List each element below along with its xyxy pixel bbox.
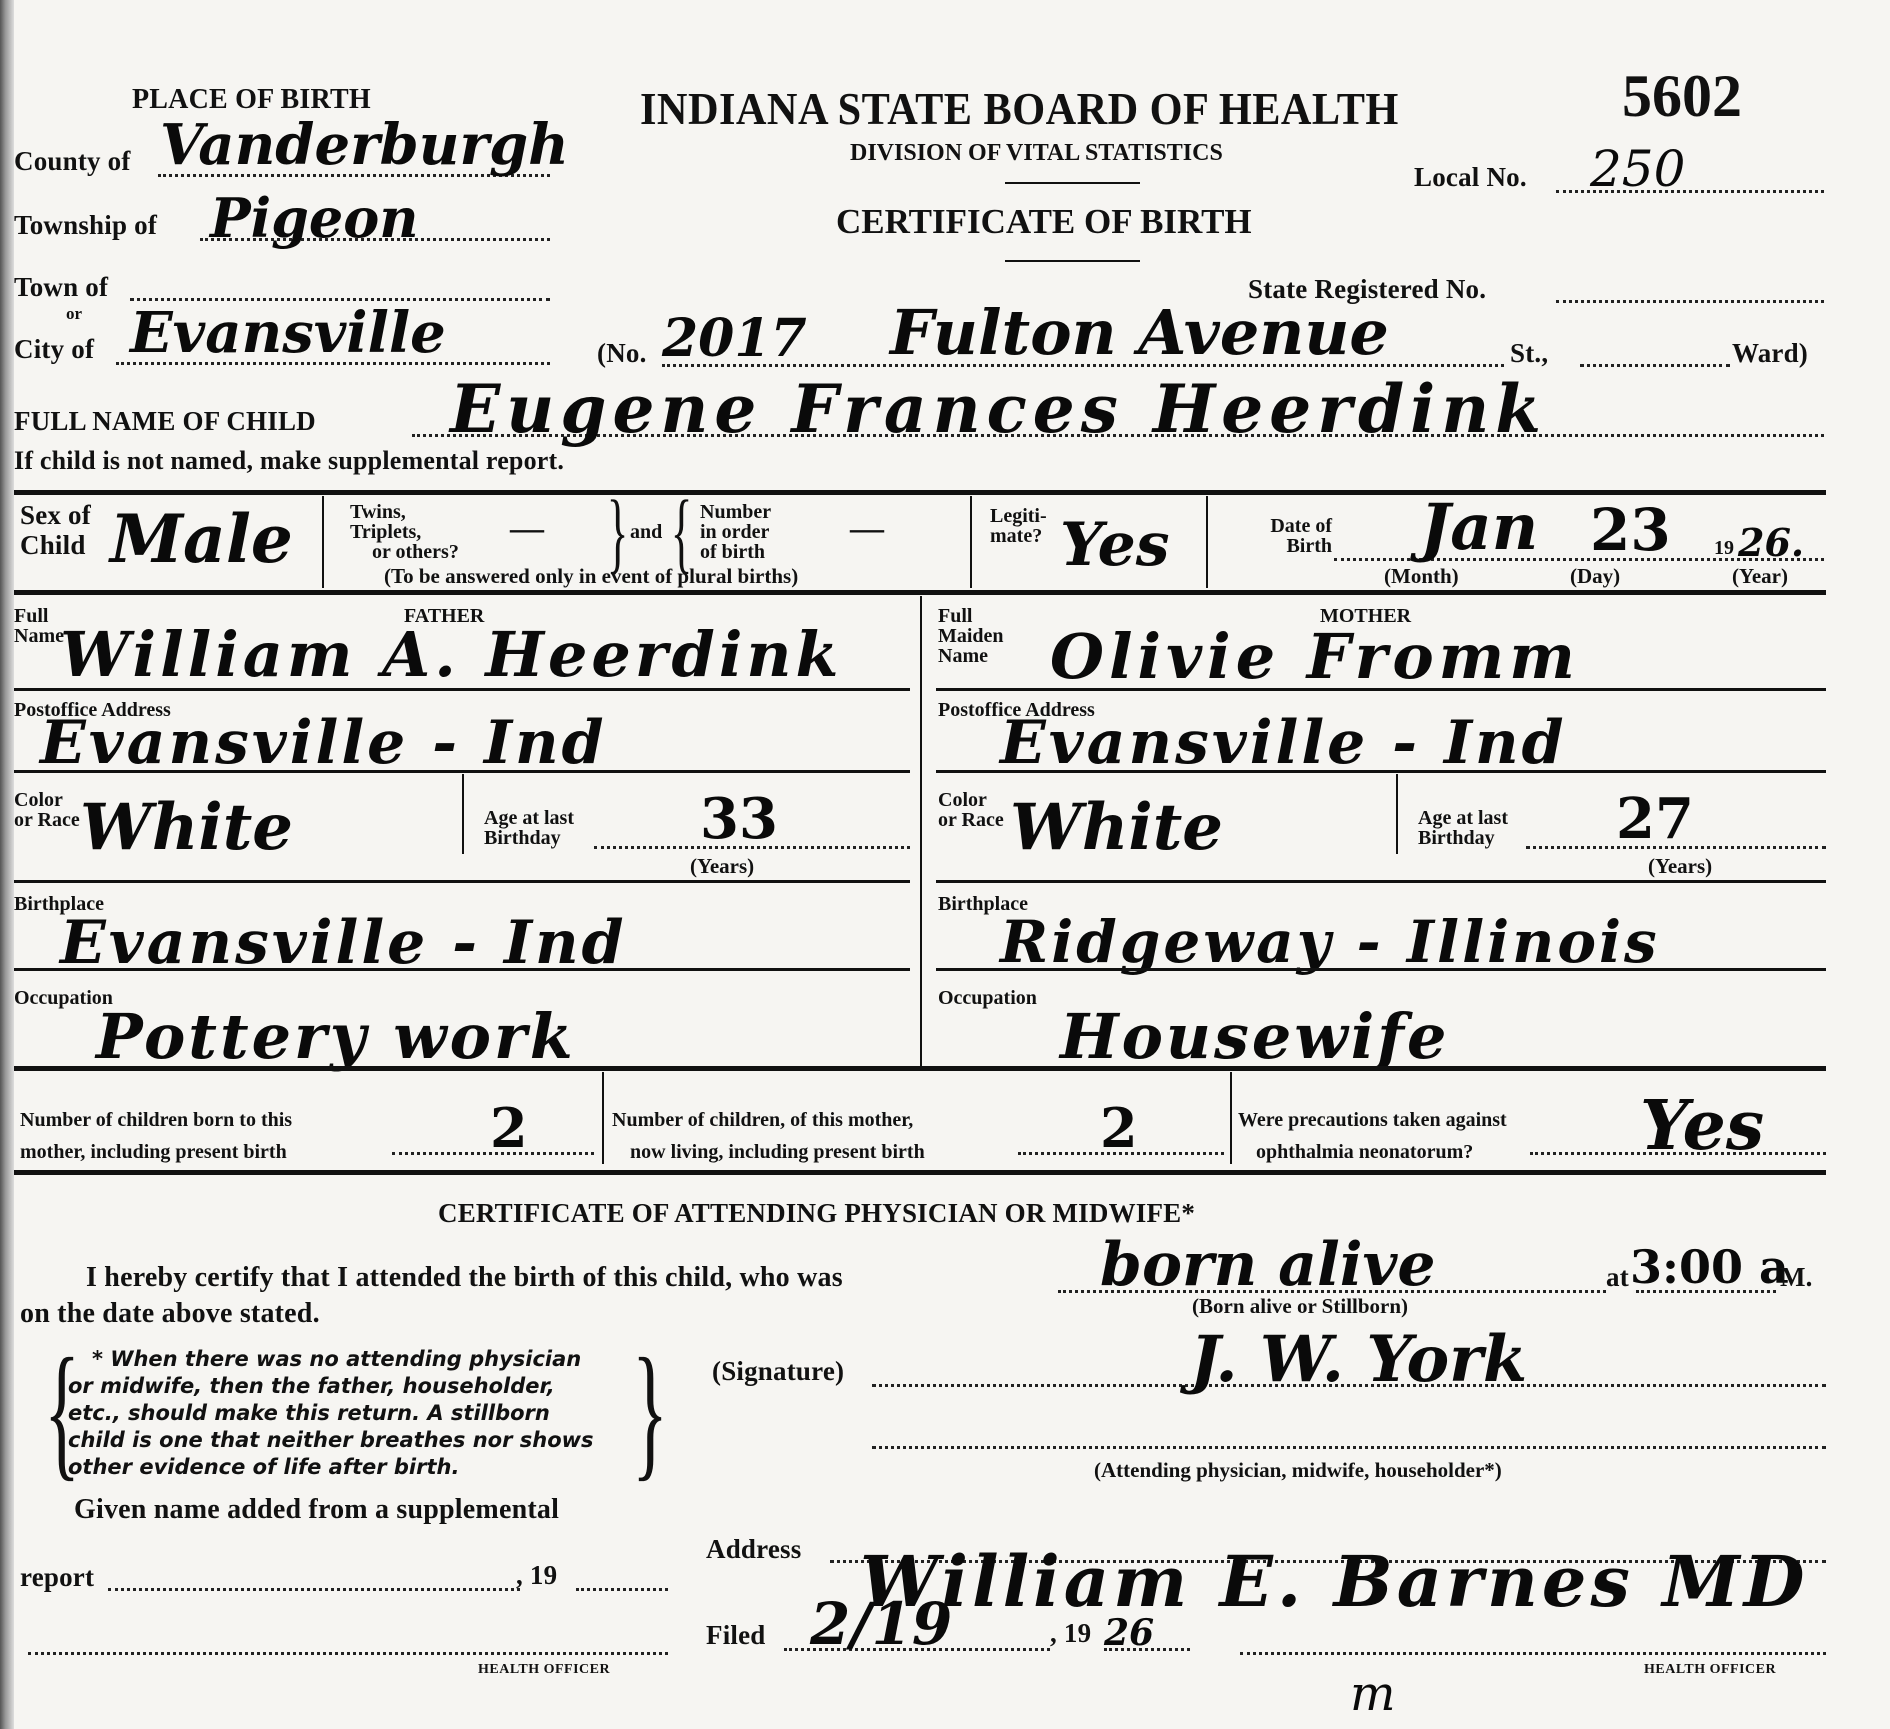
header-divider <box>1005 182 1140 184</box>
attending-caption: (Attending physician, midwife, household… <box>1094 1460 1502 1480</box>
agency-title: INDIANA STATE BOARD OF HEALTH <box>640 82 1399 135</box>
twins-label-line: Twins, <box>350 502 459 522</box>
precautions-value: Yes <box>1640 1086 1764 1166</box>
ward-field[interactable] <box>1580 364 1730 367</box>
mother-name-label-line: Maiden <box>938 626 1004 646</box>
column-divider <box>970 496 972 588</box>
row-rule <box>14 880 910 883</box>
month-caption: (Month) <box>1384 566 1459 586</box>
health-officer-left-label: HEALTH OFFICER <box>478 1660 610 1680</box>
precautions-label: Were precautions taken against ophthalmi… <box>1238 1104 1507 1168</box>
township-label: Township of <box>14 210 157 241</box>
given-name-text: Given name added from a supplemental <box>74 1494 559 1526</box>
father-race-label: Color or Race <box>14 790 80 830</box>
or-label: or <box>66 304 82 324</box>
and-label: and <box>630 522 662 542</box>
street-suffix-label: St., <box>1510 338 1548 369</box>
section-rule <box>14 1170 1826 1175</box>
city-value: Evansville <box>130 300 446 366</box>
health-officer-left-field[interactable] <box>28 1652 668 1655</box>
father-age-label: Age at last Birthday <box>484 808 574 848</box>
footnote-line: etc., should make this return. A stillbo… <box>68 1400 594 1427</box>
certificate-title: CERTIFICATE OF BIRTH <box>836 202 1252 242</box>
order-label: Number in order of birth <box>700 502 771 562</box>
scan-edge <box>0 0 14 1729</box>
section-rule <box>14 490 1826 495</box>
father-occupation-value: Pottery work <box>96 1000 576 1073</box>
footnote-line: * When there was no attending physician <box>68 1346 594 1373</box>
certify-text: I hereby certify that I attended the bir… <box>86 1262 843 1294</box>
children-born-label: Number of children born to this mother, … <box>20 1104 292 1168</box>
mother-race-label-line: Color <box>938 790 1004 810</box>
mother-age-label-line: Birthday <box>1418 828 1508 848</box>
health-officer-right-label: HEALTH OFFICER <box>1644 1660 1776 1680</box>
twins-label-line: Triplets, <box>350 522 459 542</box>
address-label: Address <box>706 1534 801 1565</box>
state-registered-field[interactable] <box>1556 300 1824 303</box>
footnote-line: other evidence of life after birth. <box>68 1454 594 1481</box>
parents-column-divider <box>920 596 922 1066</box>
children-born-value: 2 <box>490 1096 528 1160</box>
mother-race-label: Color or Race <box>938 790 1004 830</box>
street-value: Fulton Avenue <box>890 296 1389 369</box>
mother-age-label-line: Age at last <box>1418 808 1508 828</box>
county-label: County of <box>14 146 131 177</box>
legitimate-label-line: Legiti- <box>990 506 1047 526</box>
division-title: DIVISION OF VITAL STATISTICS <box>850 140 1223 167</box>
row-rule <box>14 688 910 691</box>
health-officer-signature: William E. Barnes MD <box>860 1540 1808 1623</box>
column-divider <box>1206 496 1208 588</box>
at-label: at <box>1606 1262 1629 1293</box>
row-rule <box>936 880 1826 883</box>
order-label-line: of birth <box>700 542 771 562</box>
child-name-value: Eugene Frances Heerdink <box>450 370 1547 448</box>
dob-label-line: Birth <box>1236 536 1332 556</box>
row-rule <box>936 770 1826 773</box>
plural-note: (To be answered only in event of plural … <box>384 566 798 586</box>
mother-name-value: Olivie Fromm <box>1050 620 1580 693</box>
section-rule <box>14 590 1826 595</box>
children-living-label-line: now living, including present birth <box>612 1136 925 1168</box>
local-no-label: Local No. <box>1414 162 1527 193</box>
mother-race-label-line: or Race <box>938 810 1004 830</box>
dob-label: Date of Birth <box>1236 516 1332 556</box>
mother-name-label: Full Maiden Name <box>938 606 1004 666</box>
father-age-label-line: Birthday <box>484 828 574 848</box>
mother-years-caption: (Years) <box>1648 856 1712 876</box>
mother-name-label-line: Full <box>938 606 1004 626</box>
father-name-label: Full Name <box>14 606 64 646</box>
row-rule <box>936 968 1826 971</box>
mother-occupation-value: Housewife <box>1060 1000 1449 1073</box>
order-label-line: Number <box>700 502 771 522</box>
father-name-label-line: Name <box>14 626 64 646</box>
column-divider <box>322 496 324 588</box>
filed-date-value: 2/19 <box>810 1590 952 1658</box>
certificate-number: 5602 <box>1622 62 1742 131</box>
birth-time-value: 3:00 a <box>1630 1240 1789 1294</box>
row-rule <box>936 688 1826 691</box>
mother-age-value: 27 <box>1616 786 1694 852</box>
filed-year-field[interactable] <box>1104 1648 1190 1651</box>
father-race-label-line: Color <box>14 790 80 810</box>
children-born-label-line: mother, including present birth <box>20 1136 292 1168</box>
initials-mark: m <box>1350 1666 1396 1722</box>
sex-value: Male <box>110 500 293 578</box>
sex-label-line: Sex of <box>20 500 91 530</box>
dob-label-line: Date of <box>1236 516 1332 536</box>
ward-label: Ward) <box>1732 338 1808 369</box>
legitimate-label-line: mate? <box>990 526 1047 546</box>
date-statement: on the date above stated. <box>20 1298 320 1330</box>
mother-birthplace-value: Ridgeway - Illinois <box>1000 908 1660 976</box>
report-year-field[interactable] <box>576 1588 668 1591</box>
report-label: report <box>20 1562 94 1593</box>
children-born-label-line: Number of children born to this <box>20 1104 292 1136</box>
legitimate-value: Yes <box>1060 510 1170 580</box>
brace-icon: } <box>632 1336 668 1486</box>
father-years-caption: (Years) <box>690 856 754 876</box>
mother-name-label-line: Name <box>938 646 1004 666</box>
order-value: — <box>850 510 884 548</box>
signature-label: (Signature) <box>712 1356 844 1387</box>
local-no-value: 250 <box>1590 140 1685 198</box>
dob-month: Jan <box>1420 490 1538 565</box>
father-address-value: Evansville - Ind <box>40 708 607 778</box>
mother-address-value: Evansville - Ind <box>1000 708 1567 778</box>
mother-race-value: White <box>1010 790 1223 865</box>
father-age-value: 33 <box>700 786 778 852</box>
twins-label-line: or others? <box>350 542 459 562</box>
column-divider <box>1230 1072 1232 1164</box>
physician-section-title: CERTIFICATE OF ATTENDING PHYSICIAN OR MI… <box>438 1198 1195 1229</box>
children-living-value: 2 <box>1100 1096 1138 1160</box>
header-divider <box>1005 260 1140 262</box>
mother-occupation-label: Occupation <box>938 988 1037 1008</box>
township-value: Pigeon <box>210 186 419 250</box>
birth-status-value: born alive <box>1100 1230 1436 1300</box>
footnote-line: child is one that neither breathes nor s… <box>68 1427 594 1454</box>
dob-year: 26. <box>1738 520 1804 565</box>
column-divider <box>462 774 464 854</box>
order-label-line: in order <box>700 522 771 542</box>
legitimate-label: Legiti- mate? <box>990 506 1047 546</box>
row-rule <box>14 968 910 971</box>
unnamed-note: If child is not named, make supplemental… <box>14 446 564 476</box>
precautions-label-line: Were precautions taken against <box>1238 1104 1507 1136</box>
column-divider <box>602 1072 604 1164</box>
city-label: City of <box>14 334 94 365</box>
birth-status-caption: (Born alive or Stillborn) <box>1192 1296 1408 1316</box>
county-value: Vanderburgh <box>160 112 569 178</box>
dob-day: 23 <box>1590 496 1671 564</box>
report-date-field[interactable] <box>108 1588 520 1591</box>
day-caption: (Day) <box>1570 566 1620 586</box>
sex-label: Sex of Child <box>20 500 91 560</box>
father-name-label-line: Full <box>14 606 64 626</box>
filed-year-prefix: , 19 <box>1050 1618 1091 1649</box>
signature-field-line-2[interactable] <box>872 1446 1826 1449</box>
precautions-label-line: ophthalmia neonatorum? <box>1238 1136 1507 1168</box>
father-race-label-line: or Race <box>14 810 80 830</box>
column-divider <box>1396 774 1398 854</box>
father-race-value: White <box>80 790 293 865</box>
filed-label: Filed <box>706 1620 766 1651</box>
sex-label-line: Child <box>20 530 91 560</box>
footnote: * When there was no attending physician … <box>68 1346 594 1481</box>
twins-value: — <box>510 510 544 548</box>
father-name-value: William A. Heerdink <box>60 618 842 691</box>
children-living-label-line: Number of children, of this mother, <box>612 1104 925 1136</box>
report-year-prefix: , 19 <box>516 1560 557 1591</box>
mother-age-label: Age at last Birthday <box>1418 808 1508 848</box>
signature-value: J. W. York <box>1190 1322 1527 1397</box>
street-no-label: (No. <box>597 338 647 369</box>
children-living-label: Number of children, of this mother, now … <box>612 1104 925 1168</box>
row-rule <box>14 770 910 773</box>
town-label: Town of <box>14 272 108 303</box>
m-label: M. <box>1780 1262 1813 1293</box>
footnote-line: or midwife, then the father, householder… <box>68 1373 594 1400</box>
father-age-label-line: Age at last <box>484 808 574 828</box>
child-name-label: FULL NAME OF CHILD <box>14 406 316 437</box>
section-rule <box>14 1066 1826 1071</box>
street-no-value: 2017 <box>662 308 807 369</box>
health-officer-right-field[interactable] <box>1240 1652 1826 1655</box>
twins-label: Twins, Triplets, or others? <box>350 502 459 562</box>
dob-year-prefix: 19 <box>1714 538 1734 558</box>
year-caption: (Year) <box>1732 566 1788 586</box>
